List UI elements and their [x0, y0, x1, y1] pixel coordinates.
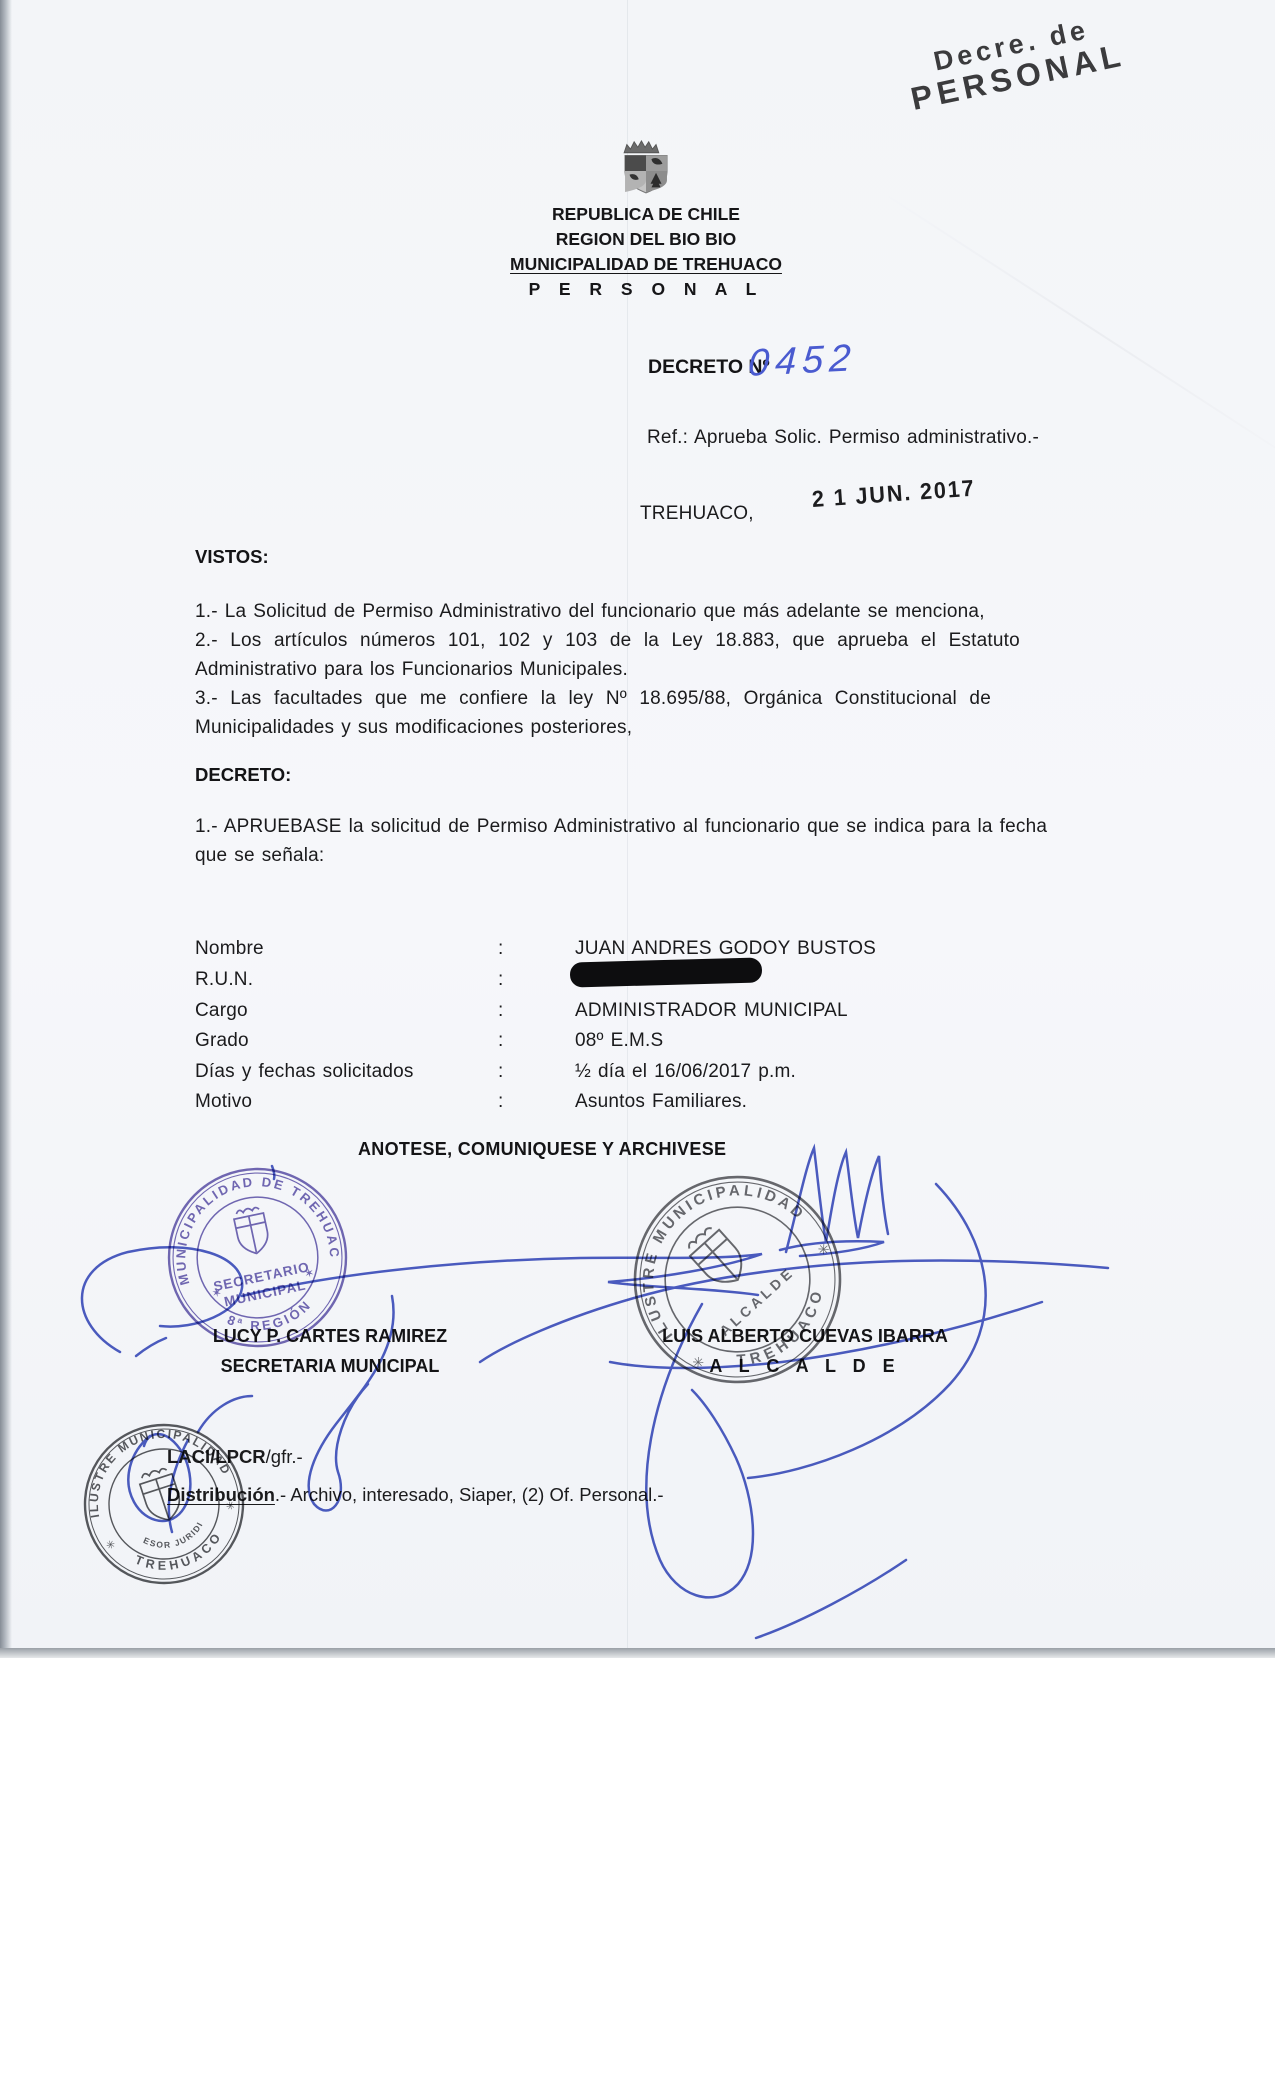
alcalde-stamp-star-left: ✳ [688, 1352, 707, 1372]
alcalde-stamp-center: ALCALDE [716, 1263, 797, 1339]
letterhead: REPUBLICA DE CHILE REGION DEL BIO BIO MU… [420, 202, 872, 302]
closing-line: ANOTESE, COMUNIQUESE Y ARCHIVESE [358, 1139, 726, 1160]
detail-label-grado: Grado [195, 1026, 495, 1055]
detail-sep: : [498, 965, 503, 994]
decreto-paragraph-line2: que se señala: [195, 841, 324, 870]
redacted-run-value [570, 957, 763, 987]
decreto-heading: DECRETO: [195, 764, 291, 786]
vistos-item-3-line1: 3.- Las facultades que me confiere la le… [195, 684, 991, 713]
detail-value-grado: 08º E.M.S [575, 1026, 663, 1055]
detail-value-cargo: ADMINISTRADOR MUNICIPAL [575, 996, 848, 1025]
detail-sep: : [498, 1026, 503, 1055]
detail-label-run: R.U.N. [195, 965, 495, 994]
alcalde-stamp-star-right: ✳ [814, 1239, 833, 1259]
municipal-crest-icon [613, 140, 679, 202]
letterhead-municipality: MUNICIPALIDAD DE TREHUACO [420, 252, 872, 277]
letterhead-region: REGION DEL BIO BIO [420, 227, 872, 252]
signature-left-title: SECRETARIA MUNICIPAL [180, 1356, 480, 1377]
vistos-item-1: 1.- La Solicitud de Permiso Administrati… [195, 597, 985, 626]
letterhead-department: P E R S O N A L [420, 277, 872, 302]
detail-label-nombre: Nombre [195, 934, 495, 963]
detail-label-cargo: Cargo [195, 996, 495, 1025]
letterhead-country: REPUBLICA DE CHILE [420, 202, 872, 227]
vistos-item-3-line2: Municipalidades y sus modificaciones pos… [195, 713, 632, 742]
detail-sep: : [498, 1057, 503, 1086]
juridico-stamp-star-right: ✳ [224, 1499, 236, 1513]
detail-value-dias: ½ día el 16/06/2017 p.m. [575, 1057, 796, 1086]
footer-initials-rest: /gfr.- [266, 1446, 303, 1467]
scan-bottom-edge [0, 1648, 1275, 1658]
secretaria-municipal-stamp: I. MUNICIPALIDAD DE TREHUACO 8ª REGIÓN ✶… [148, 1148, 367, 1367]
detail-label-motivo: Motivo [195, 1087, 495, 1116]
place-line: TREHUACO, [640, 499, 754, 528]
vistos-item-2-line1: 2.- Los artículos números 101, 102 y 103… [195, 626, 1020, 655]
reference-line: Ref.: Aprueba Solic. Permiso administrat… [647, 423, 1039, 452]
detail-value-motivo: Asuntos Familiares. [575, 1087, 747, 1116]
detail-sep: : [498, 934, 503, 963]
scan-left-edge [0, 0, 12, 1648]
detail-sep: : [498, 996, 503, 1025]
vistos-item-2-line2: Administrativo para los Funcionarios Mun… [195, 655, 628, 684]
scanned-decree-document: Decre. de PERSONAL REPUBLICA DE CHILE RE… [0, 0, 1275, 2100]
distribution-rest: .- Archivo, interesado, Siaper, (2) Of. … [275, 1484, 664, 1505]
detail-label-dias: Días y fechas solicitados [195, 1057, 495, 1086]
juridico-stamp-star-left: ✳ [105, 1538, 117, 1552]
decree-number-handwritten: 0452 [747, 337, 858, 386]
decreto-paragraph-line1: 1.- APRUEBASE la solicitud de Permiso Ad… [195, 812, 1047, 841]
detail-sep: : [498, 1087, 503, 1116]
vistos-heading: VISTOS: [195, 546, 269, 568]
